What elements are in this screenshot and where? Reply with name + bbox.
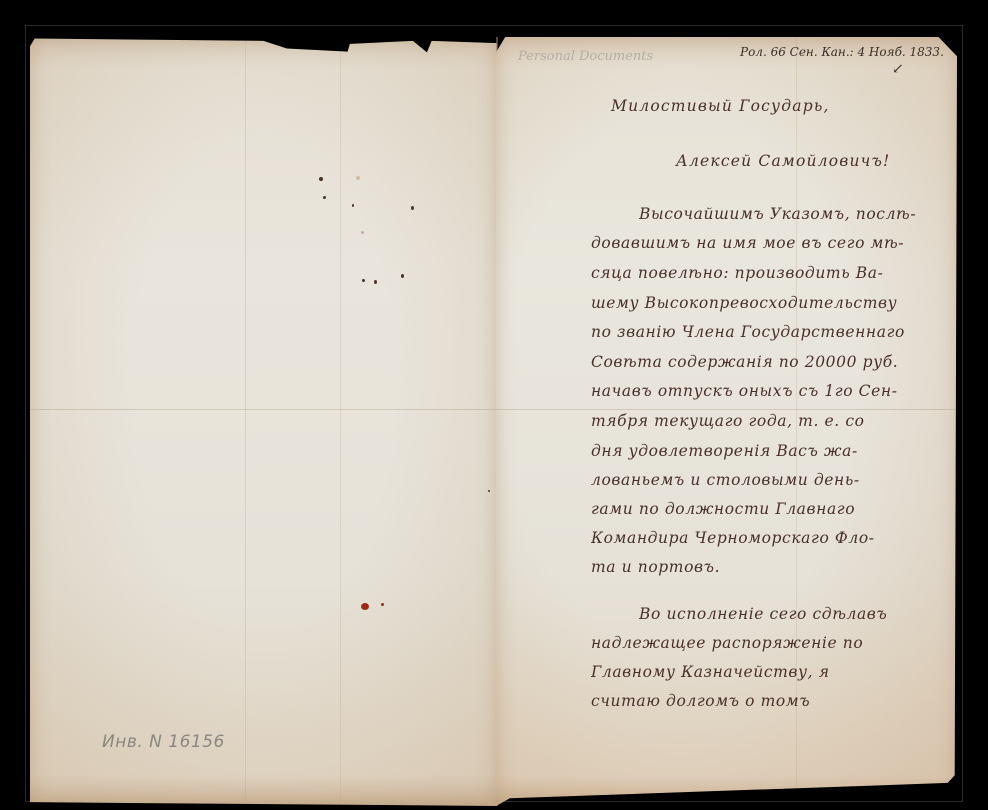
horizontal-fold-line — [496, 409, 957, 410]
vertical-fold-line — [245, 37, 246, 806]
ink-speck — [352, 204, 354, 207]
letter-line: по званію Члена Государственнаго — [591, 323, 936, 341]
horizontal-fold-line — [30, 409, 497, 410]
letter-line: надлежащее распоряженіе по — [591, 634, 936, 652]
red-wax-spot — [361, 603, 369, 610]
letter-line: Главному Казначейству, я — [591, 663, 936, 681]
archive-date-note: Рол. 66 Сен. Кан.: 4 Нояб. 1833. — [740, 45, 944, 59]
letter-line: начавъ отпускъ оныхъ съ 1го Сен- — [591, 382, 936, 400]
left-page: Инв. N 16156 — [30, 37, 497, 806]
red-wax-spot — [381, 603, 384, 606]
letter-line: шему Высокопревосходительству — [591, 294, 936, 312]
salutation-line-2: Алексей Самойловичъ! — [676, 152, 890, 170]
ink-speck — [374, 280, 377, 284]
letter-line: Совѣта содержанія по 20000 руб. — [591, 353, 936, 371]
faint-pencil-header-note: Personal Documents — [518, 49, 653, 64]
letter-line: гами по должности Главнаго — [591, 500, 936, 518]
archive-arrow-mark: ↙ — [892, 61, 904, 77]
letter-line: Во исполненіе сего сдѣлавъ — [639, 605, 936, 623]
salutation-line-1: Милостивый Государь, — [611, 97, 830, 115]
letter-line: лованьемъ и столовыми день- — [591, 471, 936, 489]
ink-speck — [401, 274, 404, 278]
letter-line: сяца повелѣно: производить Ва- — [591, 264, 936, 282]
vertical-fold-line — [340, 37, 341, 806]
ink-speck — [362, 279, 365, 282]
stain-speck — [361, 231, 364, 234]
document-photo-background: Инв. N 16156 Personal Documents Рол. 66 … — [0, 0, 988, 810]
letter-line: считаю долгомъ о томъ — [591, 692, 936, 710]
ink-speck — [488, 490, 490, 492]
ink-speck — [411, 206, 414, 210]
letter-line: дня удовлетворенія Васъ жа- — [591, 442, 936, 460]
stain-speck — [356, 176, 360, 180]
letter-line: Высочайшимъ Указомъ, послѣ- — [639, 205, 936, 223]
inventory-number-note: Инв. N 16156 — [102, 732, 225, 752]
ink-speck — [323, 196, 326, 199]
letter-line: та и портовъ. — [591, 558, 936, 576]
letter-line: довавшимъ на имя мое въ сего мѣ- — [591, 234, 936, 252]
right-page: Personal Documents Рол. 66 Сен. Кан.: 4 … — [496, 37, 957, 806]
letter-line: тября текущаго года, т. е. со — [591, 412, 936, 430]
letter-line: Командира Черноморскаго Фло- — [591, 529, 936, 547]
ink-speck — [319, 177, 323, 181]
folded-letter-sheet: Инв. N 16156 Personal Documents Рол. 66 … — [30, 37, 957, 806]
